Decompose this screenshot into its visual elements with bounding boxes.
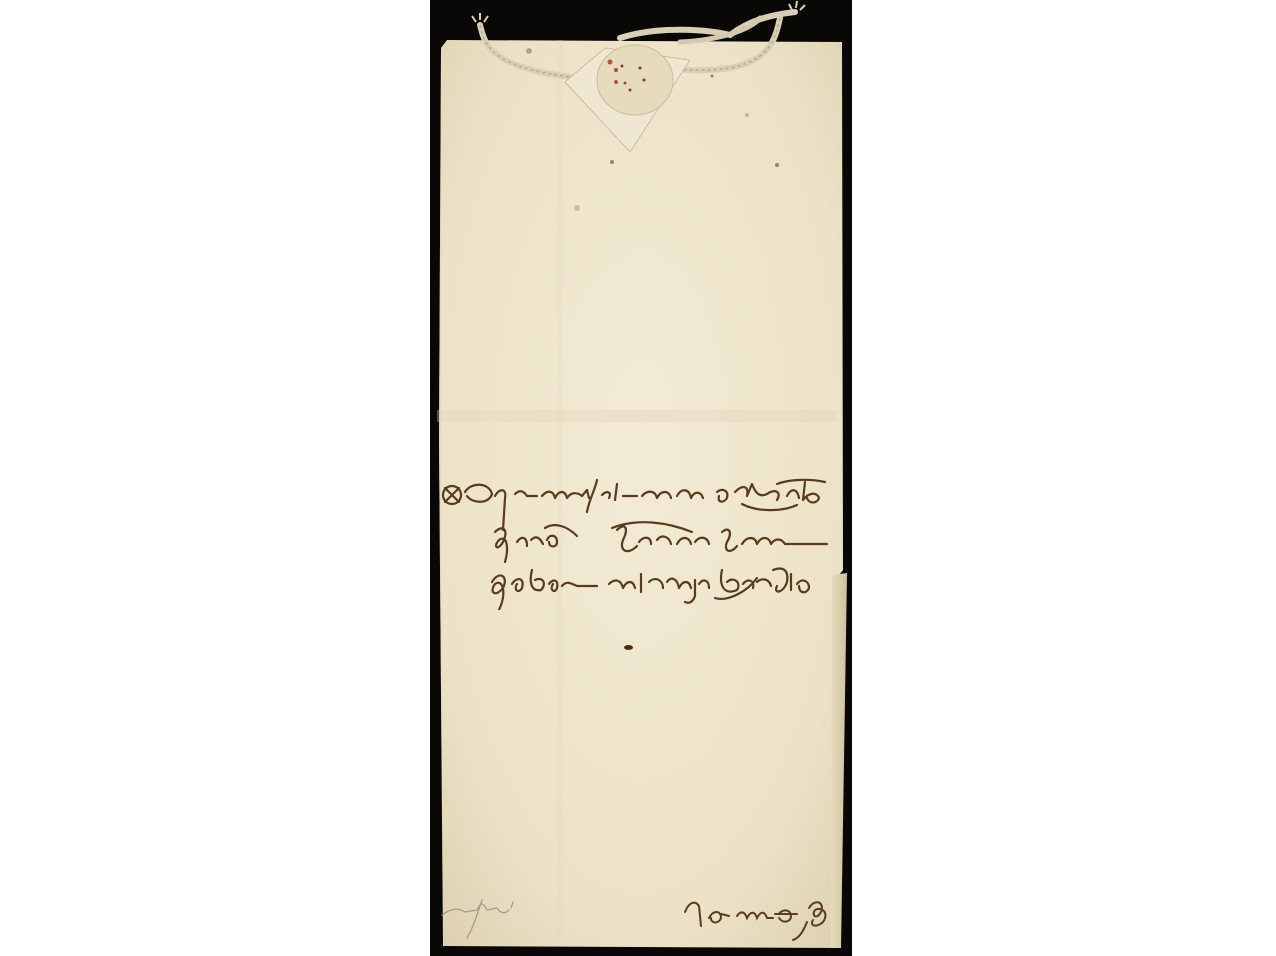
seal-and-string	[430, 0, 852, 170]
string-tie-icon	[430, 0, 852, 170]
docket-strokes	[437, 880, 847, 950]
handwritten-address: Spectabili viro Agniolo de Nerone Via Na…	[437, 470, 847, 610]
bottom-annotations: T de m° 8° pencil mark	[437, 880, 847, 950]
ink-mark	[624, 645, 633, 650]
script-ink-strokes	[437, 470, 847, 610]
image-canvas: Spectabili viro Agniolo de Nerone Via Na…	[0, 0, 1276, 956]
